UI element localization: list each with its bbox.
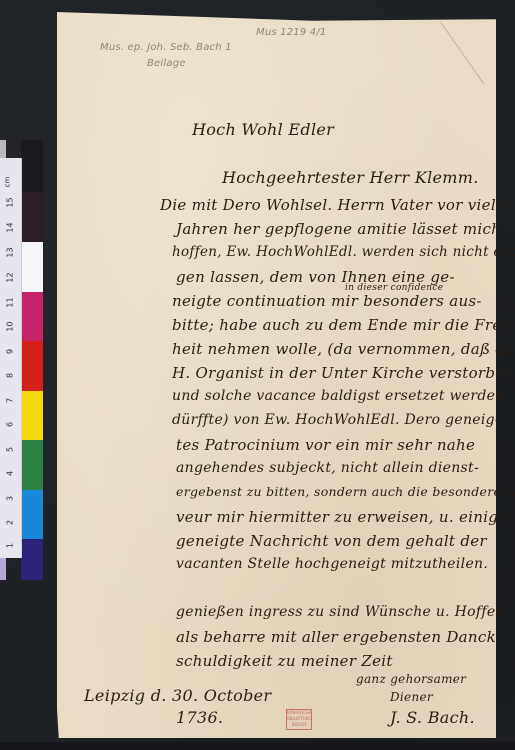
shelfmark: Mus 1219 4/1 xyxy=(256,27,326,38)
ruler-label: 14 xyxy=(6,220,15,236)
body-line: und solche vacance baldigst ersetzet wer… xyxy=(172,388,505,404)
body-line: ergebenst zu bitten, sondern auch die be… xyxy=(176,484,515,499)
lilac-patch xyxy=(0,558,6,580)
place-date: Leipzig d. 30. October xyxy=(84,686,271,705)
ruler-label: 5 xyxy=(6,442,15,458)
swatch-cyan-blue xyxy=(21,490,43,539)
swatch-green xyxy=(21,440,43,490)
body-line: bitte; habe auch zu dem Ende mir die Fre… xyxy=(172,316,515,334)
addressee: Hochgeehrtester Herr Klemm. xyxy=(222,168,479,187)
swatch-white xyxy=(21,242,43,292)
body-line: vacanten Stelle hochgeneigt mitzutheilen… xyxy=(176,556,488,572)
ruler-label: 11 xyxy=(6,295,15,311)
gray-patch xyxy=(0,140,6,158)
library-stamp: KÖNIGLICHE BIBLIOTHEK BERLIN xyxy=(286,709,312,730)
ruler-label: 3 xyxy=(6,491,15,507)
body-line: als beharre mit aller ergebensten Danck- xyxy=(176,628,501,646)
body-line: hoffen, Ew. HochWohlEdl. werden sich nic… xyxy=(172,244,515,260)
signoff-servant: Diener xyxy=(390,690,433,704)
year: 1736. xyxy=(176,708,223,727)
ruler-label: 8 xyxy=(6,368,15,384)
ruler-label: 7 xyxy=(6,393,15,409)
body-line: schuldigkeit zu meiner Zeit xyxy=(176,652,393,670)
ruler-label: 0 xyxy=(6,559,15,575)
body-line: tes Patrocinium vor ein mir sehr nahe xyxy=(176,436,475,454)
interlinear-insert: in dieser confidence xyxy=(345,283,443,293)
ruler-label: 2 xyxy=(6,515,15,531)
swatch-indigo xyxy=(21,539,43,580)
swatch-red xyxy=(21,341,43,391)
archive-pencil-note-2: Beilage xyxy=(147,58,186,69)
body-line: heit nehmen wolle, (da vernommen, daß de… xyxy=(172,340,515,358)
ruler-label: 12 xyxy=(6,270,15,286)
ruler-label: 1 xyxy=(6,538,15,554)
swatch-yellow xyxy=(21,391,43,440)
body-line: geneigte Nachricht von dem gehalt der xyxy=(176,532,487,550)
ruler-label: 13 xyxy=(6,245,15,261)
swatch-magenta xyxy=(21,292,43,341)
body-line: genießen ingress zu sind Wünsche u. Hoff… xyxy=(176,604,510,620)
body-line: angehendes subjeckt, nicht allein dienst… xyxy=(176,460,479,476)
swatch-dark-maroon xyxy=(21,192,43,242)
ruler-label: 6 xyxy=(6,417,15,433)
body-line: Jahren her gepflogene amitie lässet mich xyxy=(176,220,501,238)
ruler-label: 9 xyxy=(6,344,15,360)
signoff: ganz gehorsamer xyxy=(356,672,466,686)
body-line: H. Organist in der Unter Kirche verstorb… xyxy=(172,364,515,382)
ruler-label: 4 xyxy=(6,466,15,482)
body-line: Die mit Dero Wohlsel. Herrn Vater vor vi… xyxy=(160,196,515,214)
scanner-edge xyxy=(0,742,515,750)
ruler-label: 15 xyxy=(6,195,15,211)
ruler-unit: cm xyxy=(3,177,11,188)
signature: J. S. Bach. xyxy=(390,708,475,727)
body-line: neigte continuation mir besonders aus- xyxy=(172,292,482,310)
body-line: dürffte) von Ew. HochWohlEdl. Dero genei… xyxy=(172,412,500,428)
swatch-black xyxy=(21,140,43,192)
ruler-label: 10 xyxy=(6,319,15,335)
salutation: Hoch Wohl Edler xyxy=(192,120,334,139)
color-calibration-strip: cm 15 14 13 12 11 10 9 8 7 6 5 4 3 2 1 0 xyxy=(0,140,44,580)
cm-ruler: cm 15 14 13 12 11 10 9 8 7 6 5 4 3 2 1 0 xyxy=(0,158,22,558)
archive-pencil-note: Mus. ep. Joh. Seb. Bach 1 xyxy=(100,42,232,53)
body-line: veur mir hiermitter zu erweisen, u. eini… xyxy=(176,508,507,526)
